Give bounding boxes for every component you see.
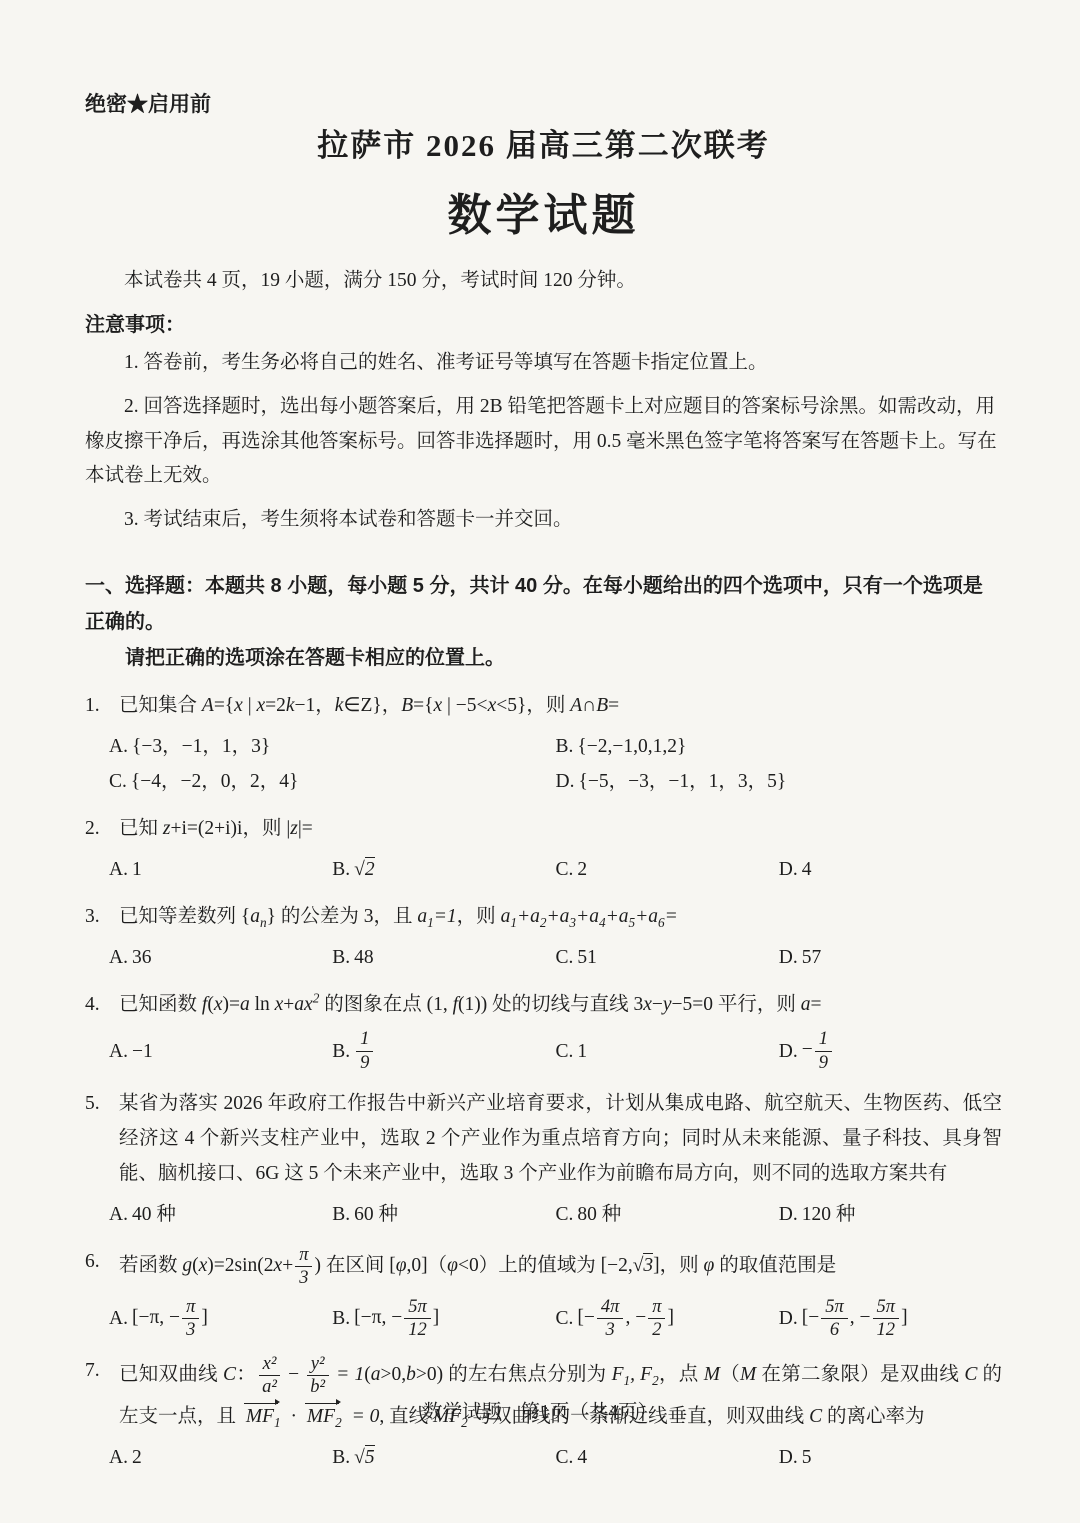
option-label: A. xyxy=(109,940,128,975)
option-value: −1 xyxy=(132,1034,153,1069)
question-number: 2. xyxy=(85,811,119,846)
question-4-options: A.−1 B.19 C.1 D.−19 xyxy=(85,1028,1002,1073)
option-value: [−4π3, −π2] xyxy=(577,1296,674,1341)
option-d: D.{−5，−3，−1，1，3，5} xyxy=(556,764,1003,799)
option-b: B.{−2,−1,0,1,2} xyxy=(556,729,1003,764)
option-value: [−π, −5π12] xyxy=(354,1296,439,1341)
option-d: D.5 xyxy=(779,1440,1002,1475)
option-value: 80 种 xyxy=(577,1197,621,1232)
page-footer: 数学试题 第1页（共4页） xyxy=(0,1396,1080,1424)
section-1-header-line-2: 请把正确的选项涂在答题卡相应的位置上。 xyxy=(85,640,1002,676)
question-1-stem: 1. 已知集合 A={x | x=2k−1，k∈Z}，B={x | −5<x<5… xyxy=(85,688,1002,723)
option-value: 1 xyxy=(577,1034,587,1069)
option-value: −19 xyxy=(802,1028,834,1073)
option-b: B.48 xyxy=(332,940,555,975)
option-label: B. xyxy=(332,1034,350,1069)
question-7-options: A.2 B.√5 C.4 D.5 xyxy=(85,1440,1002,1475)
option-label: B. xyxy=(332,1301,350,1336)
question-number: 1. xyxy=(85,688,119,723)
question-2-options: A.1 B.√2 C.2 D.4 xyxy=(85,852,1002,887)
option-value: 2 xyxy=(577,852,587,887)
exam-paper-page: 绝密★启用前 拉萨市 2026 届高三第二次联考 数学试题 本试卷共 4 页，1… xyxy=(0,0,1080,1523)
question-2: 2. 已知 z+i=(2+i)i，则 |z|= A.1 B.√2 C.2 D.4 xyxy=(85,811,1002,887)
question-2-stem: 2. 已知 z+i=(2+i)i，则 |z|= xyxy=(85,811,1002,846)
option-value: 2 xyxy=(132,1440,142,1475)
question-number: 6. xyxy=(85,1244,119,1289)
option-label: B. xyxy=(332,940,350,975)
option-label: D. xyxy=(779,940,798,975)
option-c: C.51 xyxy=(556,940,779,975)
option-a: A.36 xyxy=(109,940,332,975)
option-a: A.−1 xyxy=(109,1028,332,1073)
option-b: B.[−π, −5π12] xyxy=(332,1296,555,1341)
notes-heading: 注意事项： xyxy=(85,308,1002,337)
option-label: B. xyxy=(332,1440,350,1475)
option-value: 48 xyxy=(354,940,374,975)
option-value: 57 xyxy=(802,940,822,975)
question-4: 4. 已知函数 f(x)=a ln x+ax2 的图象在点 (1, f(1)) … xyxy=(85,987,1002,1074)
option-value: 4 xyxy=(802,852,812,887)
option-label: B. xyxy=(332,1197,350,1232)
option-a: A.2 xyxy=(109,1440,332,1475)
option-label: C. xyxy=(556,1301,574,1336)
option-value: {−4，−2，0，2，4} xyxy=(131,764,298,799)
option-label: D. xyxy=(779,1440,798,1475)
question-6-stem: 6. 若函数 g(x)=2sin(2x+π3) 在区间 [φ,0]（φ<0）上的… xyxy=(85,1244,1002,1289)
option-value: 1 xyxy=(132,852,142,887)
option-d: D.57 xyxy=(779,940,1002,975)
option-value: 19 xyxy=(354,1028,375,1073)
option-c: C.1 xyxy=(556,1028,779,1073)
option-a: A.40 种 xyxy=(109,1197,332,1232)
option-value: √2 xyxy=(354,852,374,887)
option-value: [−π, −π3] xyxy=(132,1296,208,1341)
question-3: 3. 已知等差数列 {an} 的公差为 3，且 a1=1，则 a1+a2+a3+… xyxy=(85,899,1002,975)
option-label: A. xyxy=(109,1034,128,1069)
option-label: D. xyxy=(779,1034,798,1069)
option-value: √5 xyxy=(354,1440,374,1475)
option-label: C. xyxy=(556,1197,574,1232)
option-c: C.{−4，−2，0，2，4} xyxy=(109,764,556,799)
option-label: C. xyxy=(556,852,574,887)
question-6: 6. 若函数 g(x)=2sin(2x+π3) 在区间 [φ,0]（φ<0）上的… xyxy=(85,1244,1002,1341)
option-label: A. xyxy=(109,1301,128,1336)
option-a: A.[−π, −π3] xyxy=(109,1296,332,1341)
question-3-options: A.36 B.48 C.51 D.57 xyxy=(85,940,1002,975)
option-value: 60 种 xyxy=(354,1197,398,1232)
question-1: 1. 已知集合 A={x | x=2k−1，k∈Z}，B={x | −5<x<5… xyxy=(85,688,1002,799)
option-label: A. xyxy=(109,1440,128,1475)
option-value: 5 xyxy=(802,1440,812,1475)
note-item-3: 3. 考试结束后，考生须将本试卷和答题卡一并交回。 xyxy=(85,503,1002,538)
option-label: C. xyxy=(556,940,574,975)
exam-title: 拉萨市 2026 届高三第二次联考 xyxy=(85,120,1002,165)
option-c: C.2 xyxy=(556,852,779,887)
paper-subject-title: 数学试题 xyxy=(85,179,1002,243)
note-item-2: 2. 回答选择题时，选出每小题答案后，用 2B 铅笔把答题卡上对应题目的答案标号… xyxy=(85,390,1002,494)
option-label: D. xyxy=(779,1301,798,1336)
option-label: A. xyxy=(109,852,128,887)
question-4-stem: 4. 已知函数 f(x)=a ln x+ax2 的图象在点 (1, f(1)) … xyxy=(85,987,1002,1022)
option-label: D. xyxy=(556,764,575,799)
option-b: B.60 种 xyxy=(332,1197,555,1232)
option-value: 120 种 xyxy=(802,1197,856,1232)
question-number: 4. xyxy=(85,987,119,1022)
option-d: D.4 xyxy=(779,852,1002,887)
option-value: {−2,−1,0,1,2} xyxy=(577,729,686,764)
option-label: C. xyxy=(109,764,127,799)
option-label: B. xyxy=(556,729,574,764)
classification-banner: 绝密★启用前 xyxy=(85,88,1002,118)
option-value: 4 xyxy=(577,1440,587,1475)
question-6-options: A.[−π, −π3] B.[−π, −5π12] C.[−4π3, −π2] … xyxy=(85,1296,1002,1341)
option-label: C. xyxy=(556,1034,574,1069)
note-item-1: 1. 答卷前，考生务必将自己的姓名、准考证号等填写在答题卡指定位置上。 xyxy=(85,346,1002,381)
option-value: {−3，−1，1，3} xyxy=(132,729,270,764)
section-1-header: 一、选择题：本题共 8 小题，每小题 5 分，共计 40 分。在每小题给出的四个… xyxy=(85,568,1002,676)
option-value: 51 xyxy=(577,940,597,975)
question-3-stem: 3. 已知等差数列 {an} 的公差为 3，且 a1=1，则 a1+a2+a3+… xyxy=(85,899,1002,934)
question-number: 5. xyxy=(85,1086,119,1191)
option-value: [−5π6, −5π12] xyxy=(802,1296,908,1341)
option-label: D. xyxy=(779,1197,798,1232)
option-c: C.80 种 xyxy=(556,1197,779,1232)
option-b: B.√2 xyxy=(332,852,555,887)
option-c: C.[−4π3, −π2] xyxy=(556,1296,779,1341)
question-5-options: A.40 种 B.60 种 C.80 种 D.120 种 xyxy=(85,1197,1002,1232)
option-label: D. xyxy=(779,852,798,887)
option-d: D.−19 xyxy=(779,1028,1002,1073)
option-value: 40 种 xyxy=(132,1197,176,1232)
exam-info-line: 本试卷共 4 页，19 小题，满分 150 分，考试时间 120 分钟。 xyxy=(85,263,1002,298)
option-d: D.[−5π6, −5π12] xyxy=(779,1296,1002,1341)
option-d: D.120 种 xyxy=(779,1197,1002,1232)
option-label: C. xyxy=(556,1440,574,1475)
option-label: A. xyxy=(109,729,128,764)
question-5-stem: 5. 某省为落实 2026 年政府工作报告中新兴产业培育要求，计划从集成电路、航… xyxy=(85,1086,1002,1191)
question-5: 5. 某省为落实 2026 年政府工作报告中新兴产业培育要求，计划从集成电路、航… xyxy=(85,1086,1002,1232)
option-a: A.1 xyxy=(109,852,332,887)
option-c: C.4 xyxy=(556,1440,779,1475)
question-1-options: A.{−3，−1，1，3} B.{−2,−1,0,1,2} C.{−4，−2，0… xyxy=(85,729,1002,799)
option-a: A.{−3，−1，1，3} xyxy=(109,729,556,764)
option-b: B.19 xyxy=(332,1028,555,1073)
option-label: A. xyxy=(109,1197,128,1232)
section-1-header-line-1: 一、选择题：本题共 8 小题，每小题 5 分，共计 40 分。在每小题给出的四个… xyxy=(85,568,1002,640)
option-b: B.√5 xyxy=(332,1440,555,1475)
question-number: 3. xyxy=(85,899,119,934)
option-value: 36 xyxy=(132,940,152,975)
option-label: B. xyxy=(332,852,350,887)
option-value: {−5，−3，−1，1，3，5} xyxy=(578,764,786,799)
